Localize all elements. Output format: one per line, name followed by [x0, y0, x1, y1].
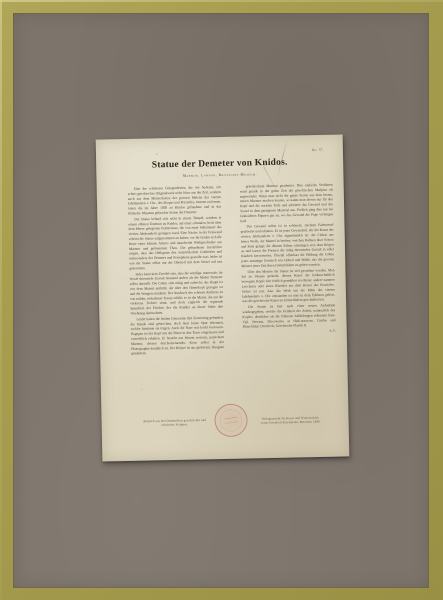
paragraph: Über den Meister der Statue ist viel ges…: [241, 268, 335, 304]
frame-top-highlight: [0, 0, 443, 2]
document-content: No. 57. Statue der Demeter von Knidos. M…: [96, 134, 350, 461]
paragraph: Die Statue befand sich nicht in einem Te…: [128, 215, 222, 271]
text-columns: Eine der schönsten Gelegenheiten, die wi…: [128, 183, 338, 413]
document-sheet: No. 57. Statue der Demeter von Knidos. M…: [96, 134, 350, 461]
paragraph: Indes kann kein Zweifel sein, dass die w…: [129, 270, 223, 316]
paragraph: griechischem Marmor gearbeitet. Dies ein…: [240, 183, 334, 224]
paragraph: Das Gewand selbst ist in schönem, reiche…: [240, 223, 334, 269]
green-frame-border: No. 57. Statue der Demeter von Knidos. M…: [0, 0, 443, 600]
author-initials: A. F.: [243, 329, 336, 336]
plate-number: No. 57.: [312, 148, 324, 152]
paper-speck: [156, 153, 158, 155]
paragraph: Eine der schönsten Gelegenheiten, die wi…: [128, 185, 222, 216]
imprint-left: Abdruck aus den Denkmälern griechischer …: [131, 418, 219, 428]
paragraph: Die Statue ist hier nach einer neuen Auf…: [242, 303, 335, 329]
frame-left-highlight: [0, 0, 2, 600]
paragraph: Leider haben die beiden Unterarme ihre Z…: [130, 315, 224, 356]
text-column-left: Eine der schönsten Gelegenheiten, die wi…: [128, 185, 226, 413]
imprint-right-line2: vorm. Friedrich Bruckmann, München 1898.: [249, 420, 333, 426]
paper-speck: [141, 389, 143, 390]
imprint-right: Verlagsanstalt für Kunst und Wissenschaf…: [249, 416, 333, 426]
document-subtitle: Marmor. London, Britisches Museum.: [96, 170, 343, 179]
text-column-right: griechischem Marmor gearbeitet. Dies ein…: [240, 183, 338, 411]
document-title: Statue der Demeter von Knidos.: [96, 155, 343, 171]
paper-speck: [307, 225, 308, 226]
